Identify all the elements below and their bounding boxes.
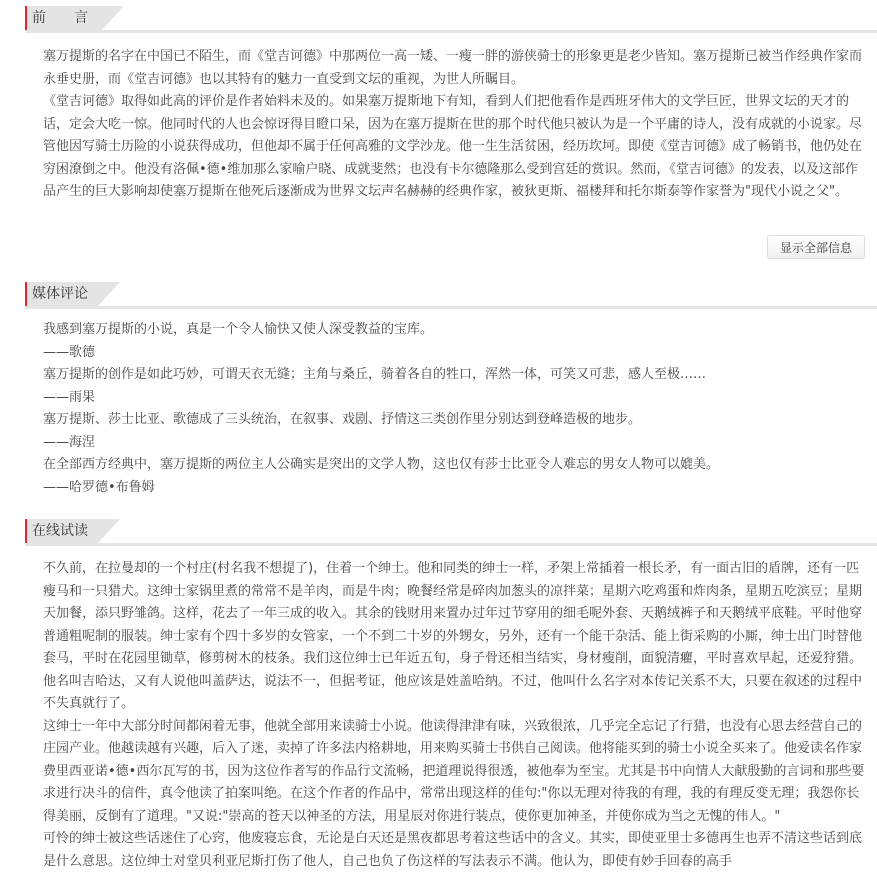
review-quote: 塞万提斯的创作是如此巧妙，可谓天衣无缝；主角与桑丘，骑着各自的牲口，浑然一体，可… bbox=[43, 364, 865, 387]
review-author: ——哈罗德•布鲁姆 bbox=[43, 477, 865, 500]
preface-section: 前言 塞万提斯的名字在中国已不陌生，而《堂吉诃德》中那两位一高一矮、一瘦一胖的游… bbox=[25, 6, 877, 204]
review-author: ——雨果 bbox=[43, 387, 865, 410]
paragraph: 不久前，在拉曼却的一个村庄(村名我不想提了)，住着一个绅士。他和同类的绅士一样，… bbox=[43, 558, 865, 716]
review-author: ——海涅 bbox=[43, 432, 865, 455]
reviews-text: 我感到塞万提斯的小说，真是一个令人愉快又使人深受教益的宝库。 ——歌德 塞万提斯… bbox=[25, 309, 877, 499]
media-reviews-section: 媒体评论 我感到塞万提斯的小说，真是一个令人愉快又使人深受教益的宝库。 ——歌德… bbox=[25, 282, 877, 499]
review-quote: 我感到塞万提斯的小说，真是一个令人愉快又使人深受教益的宝库。 bbox=[43, 319, 865, 342]
section-title: 前言 bbox=[25, 6, 102, 30]
paragraph: 可怜的绅士被这些话迷住了心窍，他废寝忘食，无论是白天还是黑夜都思考着这些话中的含… bbox=[43, 828, 865, 873]
review-author: ——歌德 bbox=[43, 342, 865, 365]
title-char: 言 bbox=[74, 10, 88, 26]
reading-text: 不久前，在拉曼却的一个村庄(村名我不想提了)，住着一个绅士。他和同类的绅士一样，… bbox=[25, 546, 877, 873]
section-header: 媒体评论 bbox=[25, 282, 877, 309]
section-title: 媒体评论 bbox=[25, 282, 98, 306]
preface-text: 塞万提斯的名字在中国已不陌生，而《堂吉诃德》中那两位一高一矮、一瘦一胖的游侠骑士… bbox=[25, 33, 877, 204]
title-char: 前 bbox=[32, 10, 46, 26]
review-quote: 塞万提斯、莎士比亚、歌德成了三头统治，在叙事、戏剧、抒情这三类创作里分别达到登峰… bbox=[43, 409, 865, 432]
paragraph: 这绅士一年中大部分时间都闲着无事，他就全部用来读骑士小说。他读得津津有味，兴致很… bbox=[43, 716, 865, 829]
online-reading-section: 在线试读 不久前，在拉曼却的一个村庄(村名我不想提了)，住着一个绅士。他和同类的… bbox=[25, 519, 877, 873]
paragraph: 《堂吉诃德》取得如此高的评价是作者始料未及的。如果塞万提斯地下有知，看到人们把他… bbox=[43, 91, 865, 204]
section-header: 在线试读 bbox=[25, 519, 877, 546]
review-quote: 在全部西方经典中，塞万提斯的两位主人公确实是突出的文学人物，这也仅有莎士比亚令人… bbox=[43, 454, 865, 477]
section-title: 在线试读 bbox=[25, 519, 98, 543]
section-header: 前言 bbox=[25, 6, 877, 33]
paragraph: 塞万提斯的名字在中国已不陌生，而《堂吉诃德》中那两位一高一矮、一瘦一胖的游侠骑士… bbox=[43, 46, 865, 91]
show-all-info-button[interactable]: 显示全部信息 bbox=[767, 235, 865, 259]
